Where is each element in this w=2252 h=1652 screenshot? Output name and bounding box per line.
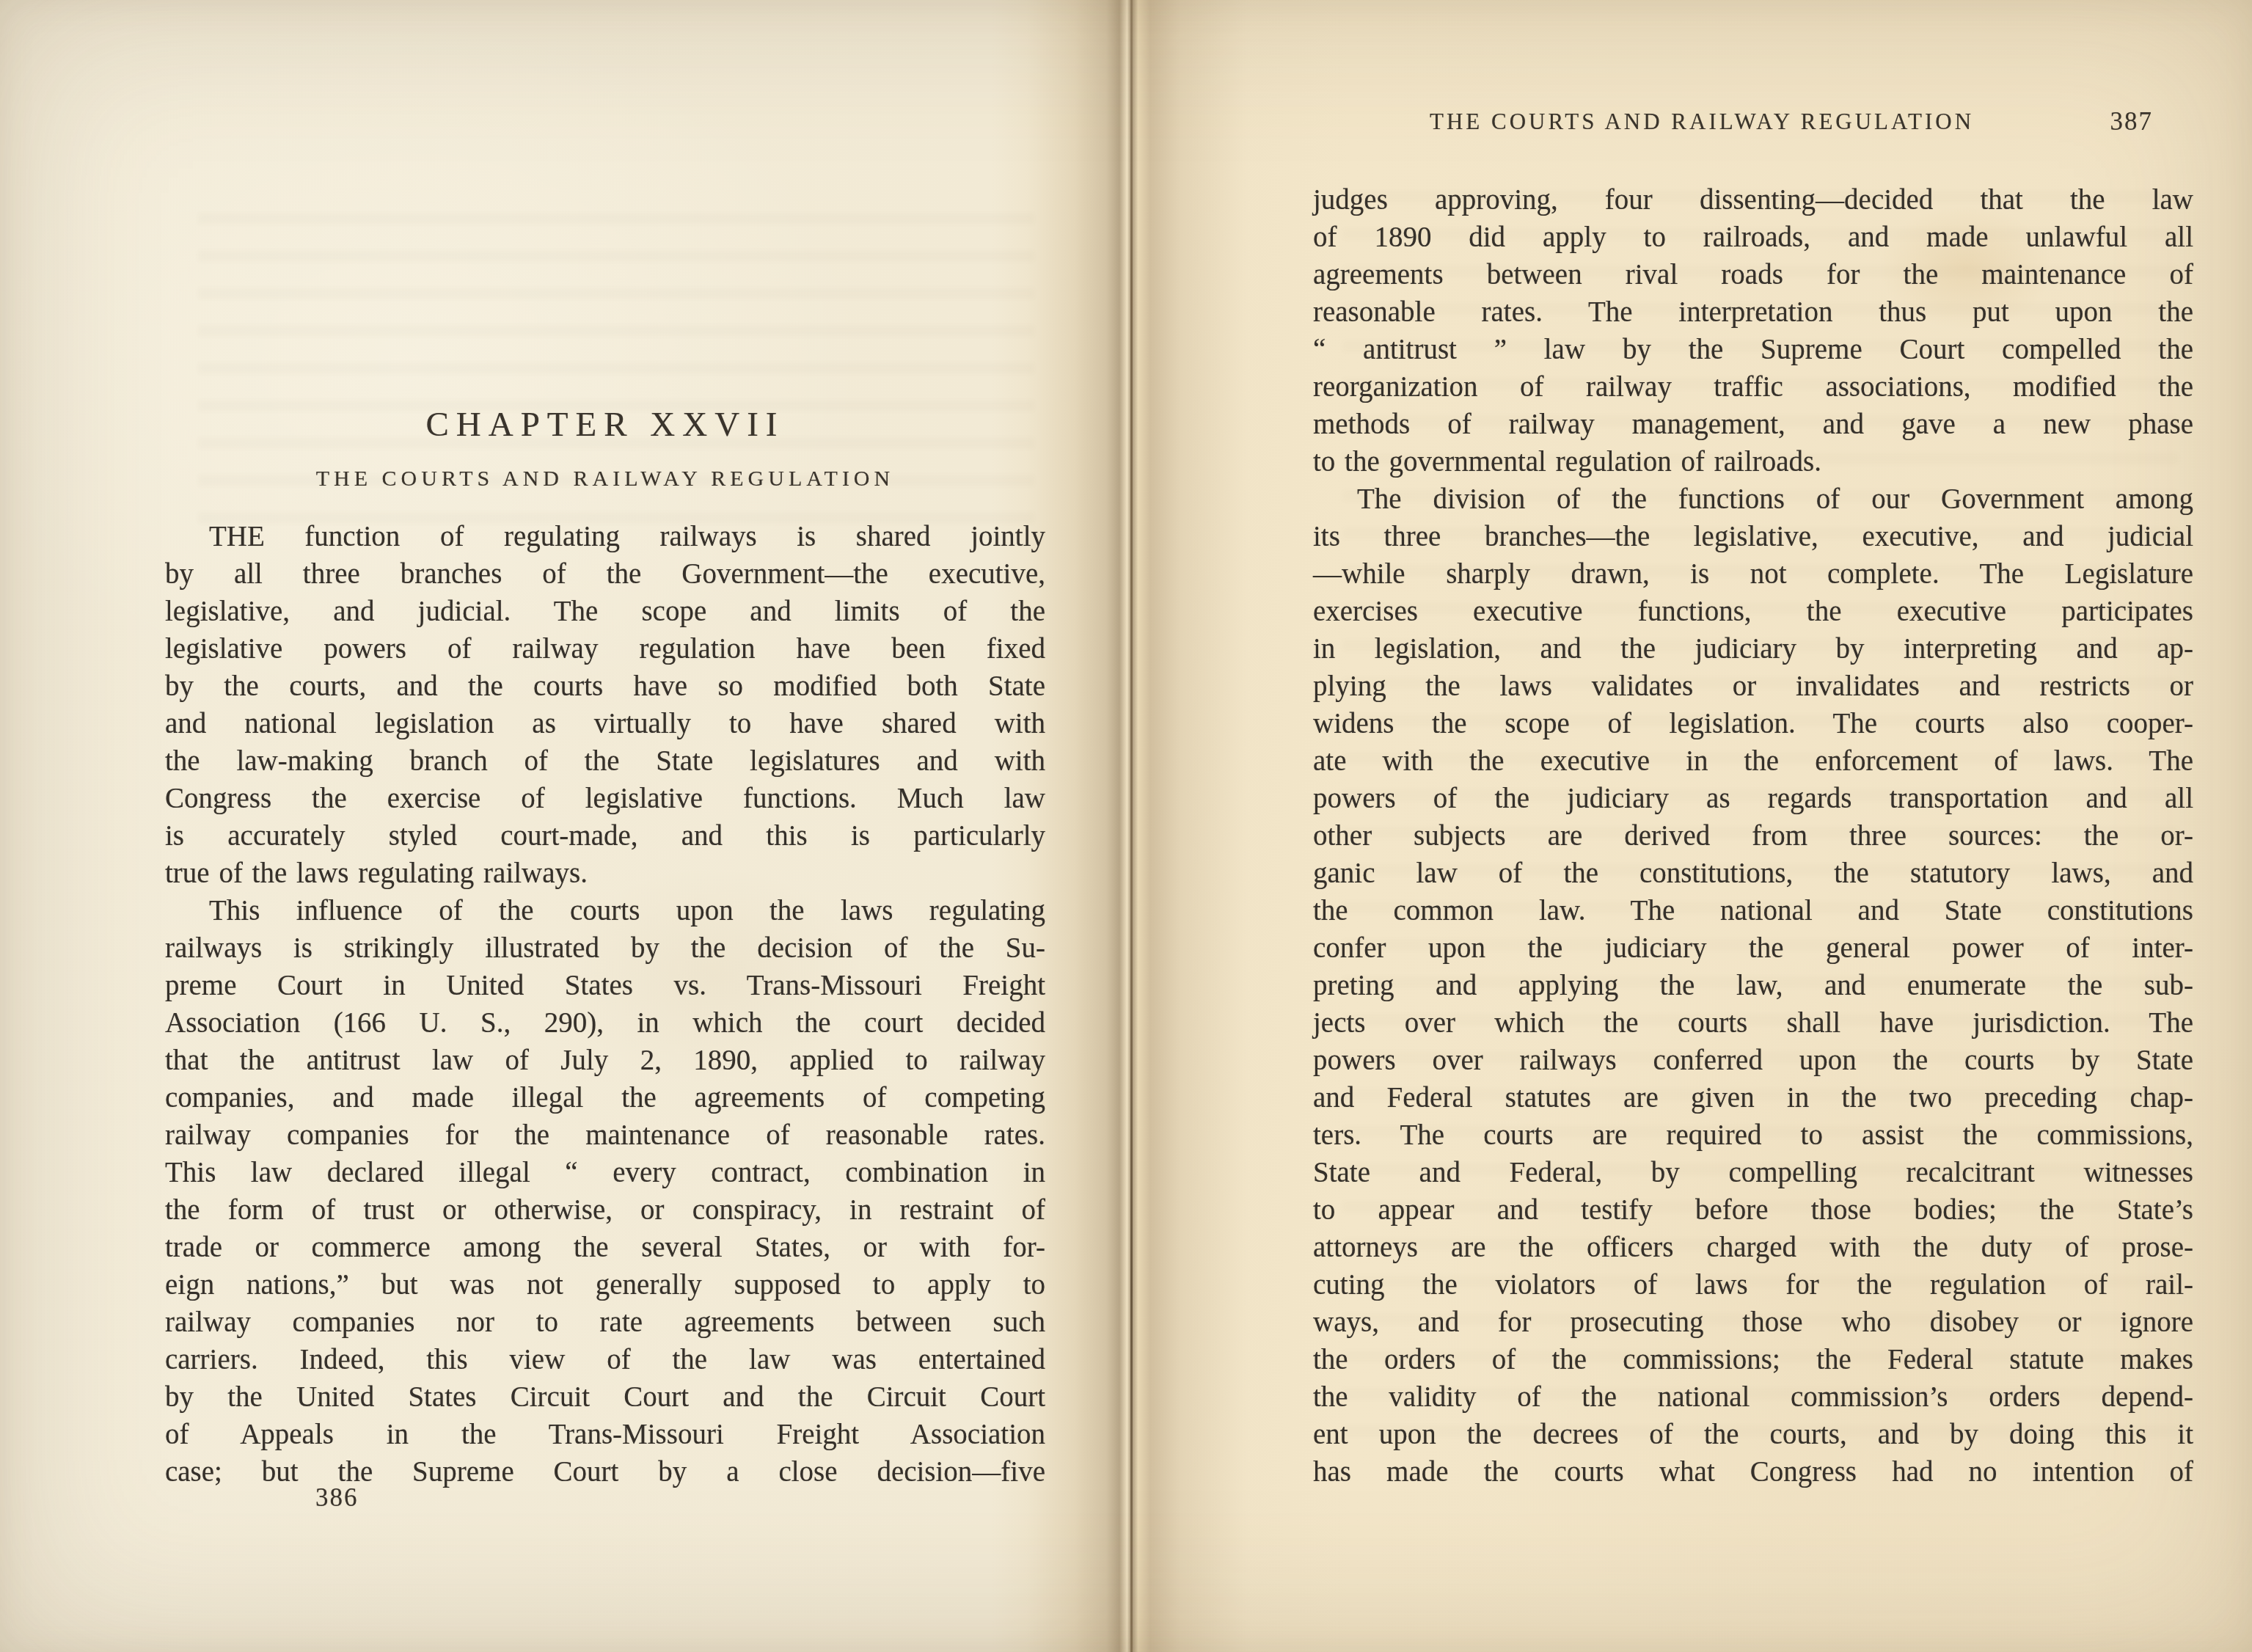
chapter-heading: CHAPTER XXVII: [165, 405, 1045, 445]
text-line: ters. The courts are required to assist …: [1313, 1116, 2193, 1154]
book-scan: CHAPTER XXVII THE COURTS AND RAILWAY REG…: [0, 0, 2252, 1652]
text-line: by all three branches of the Government—…: [165, 555, 1045, 593]
text-line: ganic law of the constitutions, the stat…: [1313, 855, 2193, 892]
text-line: to appear and testify before those bodie…: [1313, 1191, 2193, 1229]
text-line: and Federal statutes are given in the tw…: [1313, 1079, 2193, 1116]
text-line: legislative, and judicial. The scope and…: [165, 593, 1045, 630]
book-gutter-crease: [1027, 0, 1247, 1652]
text-line: reasonable rates. The interpretation thu…: [1313, 293, 2193, 331]
text-line: the common law. The national and State c…: [1313, 892, 2193, 929]
text-line: THE function of regulating railways is s…: [165, 518, 1045, 555]
text-line: This law declared illegal “ every contra…: [165, 1154, 1045, 1191]
text-line: its three branches—the legislative, exec…: [1313, 518, 2193, 555]
text-line: of Appeals in the Trans-Missouri Freight…: [165, 1416, 1045, 1453]
text-line: legislative powers of railway regulation…: [165, 630, 1045, 668]
text-line: in legislation, and the judiciary by int…: [1313, 630, 2193, 668]
text-line: that the antitrust law of July 2, 1890, …: [165, 1042, 1045, 1079]
text-line: railways is strikingly illustrated by th…: [165, 929, 1045, 967]
left-page: CHAPTER XXVII THE COURTS AND RAILWAY REG…: [165, 0, 1045, 1652]
text-line: of 1890 did apply to railroads, and made…: [1313, 219, 2193, 256]
text-line: cuting the violators of laws for the reg…: [1313, 1266, 2193, 1304]
text-line: the form of trust or otherwise, or consp…: [165, 1191, 1045, 1229]
chapter-subtitle: THE COURTS AND RAILWAY REGULATION: [165, 467, 1045, 491]
text-line: Congress the exercise of legislative fun…: [165, 780, 1045, 817]
text-line: true of the laws regulating railways.: [165, 855, 1045, 892]
text-line: case; but the Supreme Court by a close d…: [165, 1453, 1045, 1491]
text-line: to the governmental regulation of railro…: [1313, 443, 2193, 480]
right-page-number: 387: [2110, 107, 2154, 136]
text-line: railway companies for the maintenance of…: [165, 1116, 1045, 1154]
running-head-title: THE COURTS AND RAILWAY REGULATION: [1313, 109, 2091, 135]
text-line: by the courts, and the courts have so mo…: [165, 668, 1045, 705]
text-line: confer upon the judiciary the general po…: [1313, 929, 2193, 967]
text-line: “ antitrust ” law by the Supreme Court c…: [1313, 331, 2193, 368]
left-page-text-block: THE function of regulating railways is s…: [165, 518, 1045, 1491]
right-page-text-block: judges approving, four dissenting—decide…: [1313, 181, 2193, 1491]
text-line: railway companies nor to rate agreements…: [165, 1304, 1045, 1341]
text-line: other subjects are derived from three so…: [1313, 817, 2193, 855]
text-line: carriers. Indeed, this view of the law w…: [165, 1341, 1045, 1378]
text-line: ent upon the decrees of the courts, and …: [1313, 1416, 2193, 1453]
text-line: State and Federal, by compelling recalci…: [1313, 1154, 2193, 1191]
text-line: ate with the executive in the enforcemen…: [1313, 742, 2193, 780]
text-line: attorneys are the officers charged with …: [1313, 1229, 2193, 1266]
text-line: agreements between rival roads for the m…: [1313, 256, 2193, 293]
text-line: and national legislation as virtually to…: [165, 705, 1045, 742]
text-line: methods of railway management, and gave …: [1313, 406, 2193, 443]
text-line: judges approving, four dissenting—decide…: [1313, 181, 2193, 219]
text-line: the law-making branch of the State legis…: [165, 742, 1045, 780]
text-line: companies, and made illegal the agreemen…: [165, 1079, 1045, 1116]
text-line: widens the scope of legislation. The cou…: [1313, 705, 2193, 742]
text-line: the validity of the national commission’…: [1313, 1378, 2193, 1416]
text-line: —while sharply drawn, is not complete. T…: [1313, 555, 2193, 593]
text-line: trade or commerce among the several Stat…: [165, 1229, 1045, 1266]
text-line: by the United States Circuit Court and t…: [165, 1378, 1045, 1416]
text-line: ways, and for prosecuting those who diso…: [1313, 1304, 2193, 1341]
text-line: eign nations,” but was not generally sup…: [165, 1266, 1045, 1304]
text-line: This influence of the courts upon the la…: [165, 892, 1045, 929]
text-line: preme Court in United States vs. Trans-M…: [165, 967, 1045, 1004]
book-gutter-line: [1130, 0, 1133, 1652]
text-line: exercises executive functions, the execu…: [1313, 593, 2193, 630]
text-line: reorganization of railway traffic associ…: [1313, 368, 2193, 406]
left-page-number: 386: [315, 1483, 359, 1513]
text-line: jects over which the courts shall have j…: [1313, 1004, 2193, 1042]
text-line: powers over railways conferred upon the …: [1313, 1042, 2193, 1079]
right-page: THE COURTS AND RAILWAY REGULATION 387 ju…: [1313, 0, 2193, 1652]
text-line: the orders of the commissions; the Feder…: [1313, 1341, 2193, 1378]
text-line: powers of the judiciary as regards trans…: [1313, 780, 2193, 817]
text-line: plying the laws validates or invalidates…: [1313, 668, 2193, 705]
text-line: is accurately styled court-made, and thi…: [165, 817, 1045, 855]
text-line: Association (166 U. S., 290), in which t…: [165, 1004, 1045, 1042]
running-head: THE COURTS AND RAILWAY REGULATION 387: [1313, 109, 2193, 138]
text-line: The division of the functions of our Gov…: [1313, 480, 2193, 518]
text-line: preting and applying the law, and enumer…: [1313, 967, 2193, 1004]
text-line: has made the courts what Congress had no…: [1313, 1453, 2193, 1491]
